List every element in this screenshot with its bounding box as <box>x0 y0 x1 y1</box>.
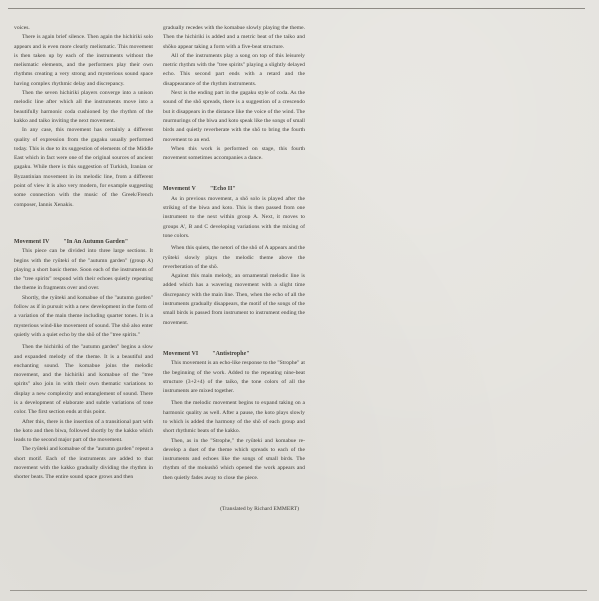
top-rule <box>8 8 585 9</box>
paragraph: The ryūteki and komabue of the "autumn g… <box>14 445 153 482</box>
text-column-1: voices. There is again brief silence. Th… <box>14 24 153 483</box>
paragraph: Against this main melody, an ornamental … <box>163 272 305 328</box>
paragraph: gradually recedes with the komabue slowl… <box>163 24 305 52</box>
movement-number: Movement IV <box>14 239 49 245</box>
paragraph: Next is the ending part in the gagaku st… <box>163 89 305 145</box>
section-heading-movement-v: Movement V"Echo II" <box>163 185 305 194</box>
paragraph: voices. <box>14 24 153 33</box>
paragraph: Then the hichiriki of the "autumn garden… <box>14 343 153 417</box>
movement-title: "Echo II" <box>210 186 236 192</box>
movement-title: "In An Autumn Garden" <box>63 239 128 245</box>
bottom-rule <box>10 590 587 591</box>
paragraph: All of the instruments play a song on to… <box>163 52 305 89</box>
paragraph: In any case, this movement has certainly… <box>14 126 153 210</box>
text-column-2: gradually recedes with the komabue slowl… <box>163 24 305 514</box>
paragraph: When this quiets, the netori of the shō … <box>163 244 305 272</box>
paragraph: There is again brief silence. Then again… <box>14 33 153 89</box>
paragraph: Shortly, the ryūteki and komabue of the … <box>14 294 153 340</box>
paragraph: This piece can be divided into three lar… <box>14 247 153 293</box>
paragraph: When this work is performed on stage, th… <box>163 145 305 164</box>
paragraph: Then the seven hichiriki players converg… <box>14 89 153 126</box>
translator-credit: (Translated by Richard EMMERT) <box>163 505 305 514</box>
paragraph: Then the melodic movement begins to expa… <box>163 399 305 436</box>
section-heading-movement-vi: Movement VI"Antistrophe" <box>163 350 305 359</box>
movement-title: "Antistrophe" <box>212 351 249 357</box>
movement-number: Movement VI <box>163 351 198 357</box>
section-heading-movement-iv: Movement IV"In An Autumn Garden" <box>14 238 153 247</box>
paragraph: After this, there is the insertion of a … <box>14 418 153 446</box>
paragraph: Then, as in the "Strophe," the ryūteki a… <box>163 437 305 483</box>
paragraph: This movement is an echo-like response t… <box>163 359 305 396</box>
paragraph: As in previous movement, a shō solo is p… <box>163 195 305 241</box>
movement-number: Movement V <box>163 186 196 192</box>
